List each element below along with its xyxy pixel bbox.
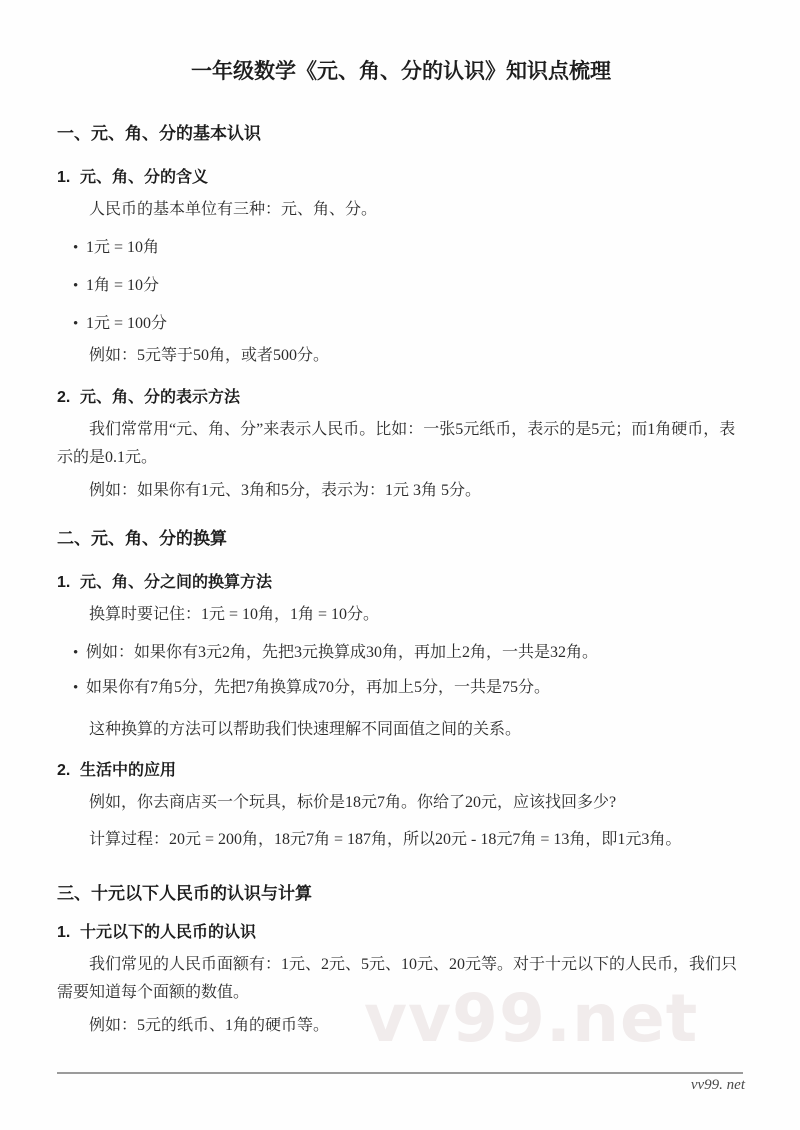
paragraph: 人民币的基本单位有三种：元、角、分。 bbox=[57, 196, 745, 224]
subsection-number: 2. bbox=[57, 759, 80, 783]
bullet-item: 如果你有7角5分，先把7角换算成70分，再加上5分，一共是75分。 bbox=[57, 674, 745, 702]
bullet-item: 例如：如果你有3元2角，先把3元换算成30角，再加上2角，一共是32角。 bbox=[57, 639, 745, 667]
paragraph: 例如：如果你有1元、3角和5分，表示为：1元 3角 5分。 bbox=[57, 477, 745, 505]
subsection-heading: 1.元、角、分之间的换算方法 bbox=[57, 571, 745, 595]
subsection-number: 1. bbox=[57, 166, 80, 190]
subsection-title: 十元以下的人民币的认识 bbox=[80, 924, 256, 941]
paragraph: 例如：5元等于50角，或者500分。 bbox=[57, 342, 745, 370]
section-heading-1: 一、元、角、分的基本认识 bbox=[57, 120, 745, 148]
subsection-heading: 1.十元以下的人民币的认识 bbox=[57, 921, 745, 945]
footer-site-text: vv99. net bbox=[691, 1077, 745, 1094]
subsection-title: 元、角、分的含义 bbox=[80, 169, 208, 186]
bullet-item: 1角 = 10分 bbox=[57, 272, 745, 300]
subsection-number: 2. bbox=[57, 386, 80, 410]
paragraph: 这种换算的方法可以帮助我们快速理解不同面值之间的关系。 bbox=[57, 716, 745, 744]
subsection-heading: 2.元、角、分的表示方法 bbox=[57, 386, 745, 410]
section-heading-3: 三、十元以下人民币的认识与计算 bbox=[57, 880, 745, 908]
subsection-number: 1. bbox=[57, 571, 80, 595]
paragraph: 换算时要记住：1元 = 10角，1角 = 10分。 bbox=[57, 601, 745, 629]
subsection-title: 元、角、分的表示方法 bbox=[80, 389, 240, 406]
page-title: 一年级数学《元、角、分的认识》知识点梳理 bbox=[57, 56, 745, 86]
subsection-number: 1. bbox=[57, 921, 80, 945]
document-content: 一年级数学《元、角、分的认识》知识点梳理 一、元、角、分的基本认识 1.元、角、… bbox=[0, 0, 800, 1040]
footer-divider bbox=[57, 1072, 743, 1074]
subsection-heading: 2.生活中的应用 bbox=[57, 759, 745, 783]
document-page: vv99.net 一年级数学《元、角、分的认识》知识点梳理 一、元、角、分的基本… bbox=[0, 0, 800, 1130]
paragraph: 例如，你去商店买一个玩具，标价是18元7角。你给了20元，应该找回多少? bbox=[57, 789, 745, 817]
bullet-item: 1元 = 100分 bbox=[57, 310, 745, 338]
subsection-title: 生活中的应用 bbox=[80, 762, 176, 779]
section-heading-2: 二、元、角、分的换算 bbox=[57, 525, 745, 553]
subsection-heading: 1.元、角、分的含义 bbox=[57, 166, 745, 190]
paragraph: 例如：5元的纸币、1角的硬币等。 bbox=[57, 1012, 745, 1040]
subsection-title: 元、角、分之间的换算方法 bbox=[80, 574, 272, 591]
paragraph: 计算过程：20元 = 200角，18元7角 = 187角，所以20元 - 18元… bbox=[57, 826, 745, 854]
paragraph: 我们常常用“元、角、分”来表示人民币。比如：一张5元纸币，表示的是5元；而1角硬… bbox=[57, 416, 745, 472]
bullet-item: 1元 = 10角 bbox=[57, 234, 745, 262]
paragraph: 我们常见的人民币面额有：1元、2元、5元、10元、20元等。对于十元以下的人民币… bbox=[57, 951, 745, 1007]
